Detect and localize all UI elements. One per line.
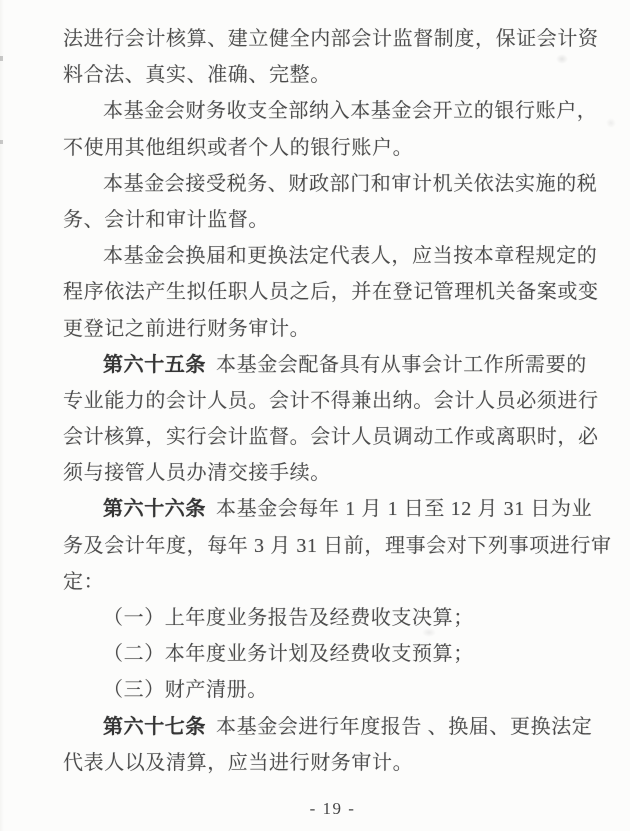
line-text: 专业能力的会计人员。会计不得兼出纳。会计人员必须进行 — [63, 390, 599, 412]
text-line: 料合法、真实、准确、完整。 — [63, 57, 602, 93]
line-text: 会计核算，实行会计监督。会计人员调动工作或离职时，必 — [63, 426, 599, 448]
line-text: 须与接管人员办清交接手续。 — [63, 462, 331, 484]
text-line: 代表人以及清算，应当进行财务审计。 — [63, 745, 602, 781]
text-line: 须与接管人员办清交接手续。 — [63, 455, 602, 491]
article-number: 第六十五条 — [103, 354, 206, 376]
line-text: 本基金会每年 1 月 1 日至 12 月 31 日为业 — [216, 498, 592, 520]
line-text: （三）财产清册。 — [103, 679, 268, 701]
text-line: 会计核算，实行会计监督。会计人员调动工作或离职时，必 — [63, 419, 602, 455]
line-text: 本基金会财务收支全部纳入本基金会开立的银行账户， — [103, 100, 597, 122]
line-text: 不使用其他组织或者个人的银行账户。 — [63, 137, 413, 159]
line-text: （一）上年度业务报告及经费收支决算； — [103, 607, 474, 629]
document-page: 法进行会计核算、建立健全内部会计监督制度，保证会计资料合法、真实、准确、完整。本… — [0, 0, 630, 831]
line-text: 本基金会接受税务、财政部门和审计机关依法实施的税 — [103, 173, 597, 195]
text-line: 第六十七条本基金会进行年度报告 、换届、更换法定 — [63, 709, 602, 745]
text-line: 务、会计和审计监督。 — [63, 202, 602, 238]
line-text: （二）本年度业务计划及经费收支预算； — [103, 643, 474, 665]
scan-edge-artifact — [0, 56, 3, 61]
line-text: 代表人以及清算，应当进行财务审计。 — [63, 752, 413, 774]
page-number: - 19 - — [63, 799, 602, 819]
document-body: 法进行会计核算、建立健全内部会计监督制度，保证会计资料合法、真实、准确、完整。本… — [63, 21, 602, 781]
text-line: 第六十五条本基金会配备具有从事会计工作所需要的 — [63, 347, 602, 383]
line-text: 定： — [63, 571, 104, 593]
scan-smudge — [606, 118, 616, 128]
text-line: 程序依法产生拟任职人员之后，并在登记管理机关备案或变 — [63, 274, 602, 310]
line-text: 务、会计和审计监督。 — [63, 209, 269, 231]
line-text: 本基金会配备具有从事会计工作所需要的 — [216, 354, 587, 376]
line-text: 更登记之前进行财务审计。 — [63, 318, 310, 340]
line-text: 本基金会进行年度报告 、换届、更换法定 — [216, 716, 592, 738]
text-line: 法进行会计核算、建立健全内部会计监督制度，保证会计资 — [63, 21, 602, 57]
text-line: 本基金会财务收支全部纳入本基金会开立的银行账户， — [63, 93, 602, 129]
text-line: （三）财产清册。 — [63, 672, 602, 708]
line-text: 料合法、真实、准确、完整。 — [63, 64, 331, 86]
text-line: （一）上年度业务报告及经费收支决算； — [63, 600, 602, 636]
scan-edge-artifact — [0, 140, 3, 144]
text-line: （二）本年度业务计划及经费收支预算； — [63, 636, 602, 672]
line-text: 程序依法产生拟任职人员之后，并在登记管理机关备案或变 — [63, 281, 599, 303]
line-text: 本基金会换届和更换法定代表人，应当按本章程规定的 — [103, 245, 597, 267]
text-line: 本基金会换届和更换法定代表人，应当按本章程规定的 — [63, 238, 602, 274]
text-line: 更登记之前进行财务审计。 — [63, 311, 602, 347]
line-text: 务及会计年度，每年 3 月 31 日前，理事会对下列事项进行审 — [63, 535, 612, 557]
text-line: 第六十六条本基金会每年 1 月 1 日至 12 月 31 日为业 — [63, 491, 602, 527]
text-line: 不使用其他组织或者个人的银行账户。 — [63, 130, 602, 166]
text-line: 本基金会接受税务、财政部门和审计机关依法实施的税 — [63, 166, 602, 202]
article-number: 第六十六条 — [103, 498, 206, 520]
text-line: 专业能力的会计人员。会计不得兼出纳。会计人员必须进行 — [63, 383, 602, 419]
text-line: 定： — [63, 564, 602, 600]
article-number: 第六十七条 — [103, 716, 206, 738]
text-line: 务及会计年度，每年 3 月 31 日前，理事会对下列事项进行审 — [63, 528, 602, 564]
line-text: 法进行会计核算、建立健全内部会计监督制度，保证会计资 — [63, 28, 599, 50]
